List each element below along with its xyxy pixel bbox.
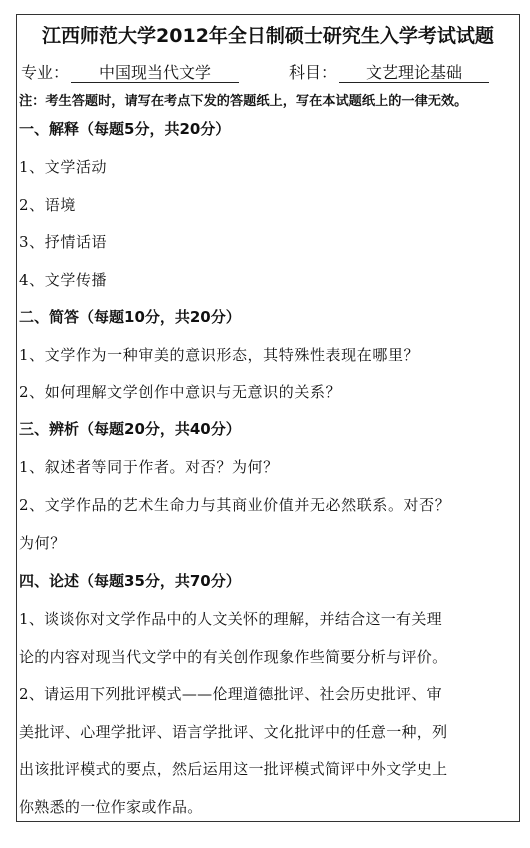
exam-meta-row: 专业：中国现当代文学科目：文艺理论基础 <box>21 63 489 83</box>
major-value: 中国现当代文学 <box>71 64 239 83</box>
question-line: 4、文学传播 <box>19 270 107 290</box>
section-heading-3: 三、辨析（每题20分，共40分） <box>19 419 241 439</box>
question-line: 2、如何理解文学创作中意识与无意识的关系？ <box>19 382 341 402</box>
question-line: 1、叙述者等同于作者。对否？为何？ <box>19 457 279 477</box>
section-heading-1: 一、解释（每题5分，共20分） <box>19 119 230 139</box>
subject-label: 科目： <box>289 63 337 82</box>
question-line: 2、语境 <box>19 195 76 215</box>
exam-paper: 江西师范大学2012年全日制硕士研究生入学考试试题 专业：中国现当代文学科目：文… <box>16 14 520 822</box>
major-label: 专业： <box>21 63 69 82</box>
question-line: 2、请运用下列批评模式——伦理道德批评、社会历史批评、审 <box>19 684 442 704</box>
question-line: 2、文学作品的艺术生命力与其商业价值并无必然联系。对否？ <box>19 495 450 515</box>
question-line: 1、文学作为一种审美的意识形态，其特殊性表现在哪里？ <box>19 345 419 365</box>
question-line: 出该批评模式的要点，然后运用这一批评模式简评中外文学史上 <box>19 759 447 779</box>
question-line: 你熟悉的一位作家或作品。 <box>19 797 203 817</box>
exam-note: 注：考生答题时，请写在考点下发的答题纸上，写在本试题纸上的一律无效。 <box>19 92 467 112</box>
question-line: 1、谈谈你对文学作品中的人文关怀的理解，并结合这一有关理 <box>19 609 442 629</box>
question-line: 1、文学活动 <box>19 157 107 177</box>
exam-title: 江西师范大学2012年全日制硕士研究生入学考试试题 <box>17 26 519 46</box>
question-line: 论的内容对现当代文学中的有关创作现象作些简要分析与评价。 <box>19 647 447 667</box>
section-heading-2: 二、简答（每题10分，共20分） <box>19 307 241 327</box>
question-line: 为何？ <box>19 533 66 553</box>
question-line: 3、抒情话语 <box>19 232 107 252</box>
section-heading-4: 四、论述（每题35分，共70分） <box>19 571 241 591</box>
question-line: 美批评、心理学批评、语言学批评、文化批评中的任意一种，列 <box>19 722 447 742</box>
subject-value: 文艺理论基础 <box>339 64 489 83</box>
